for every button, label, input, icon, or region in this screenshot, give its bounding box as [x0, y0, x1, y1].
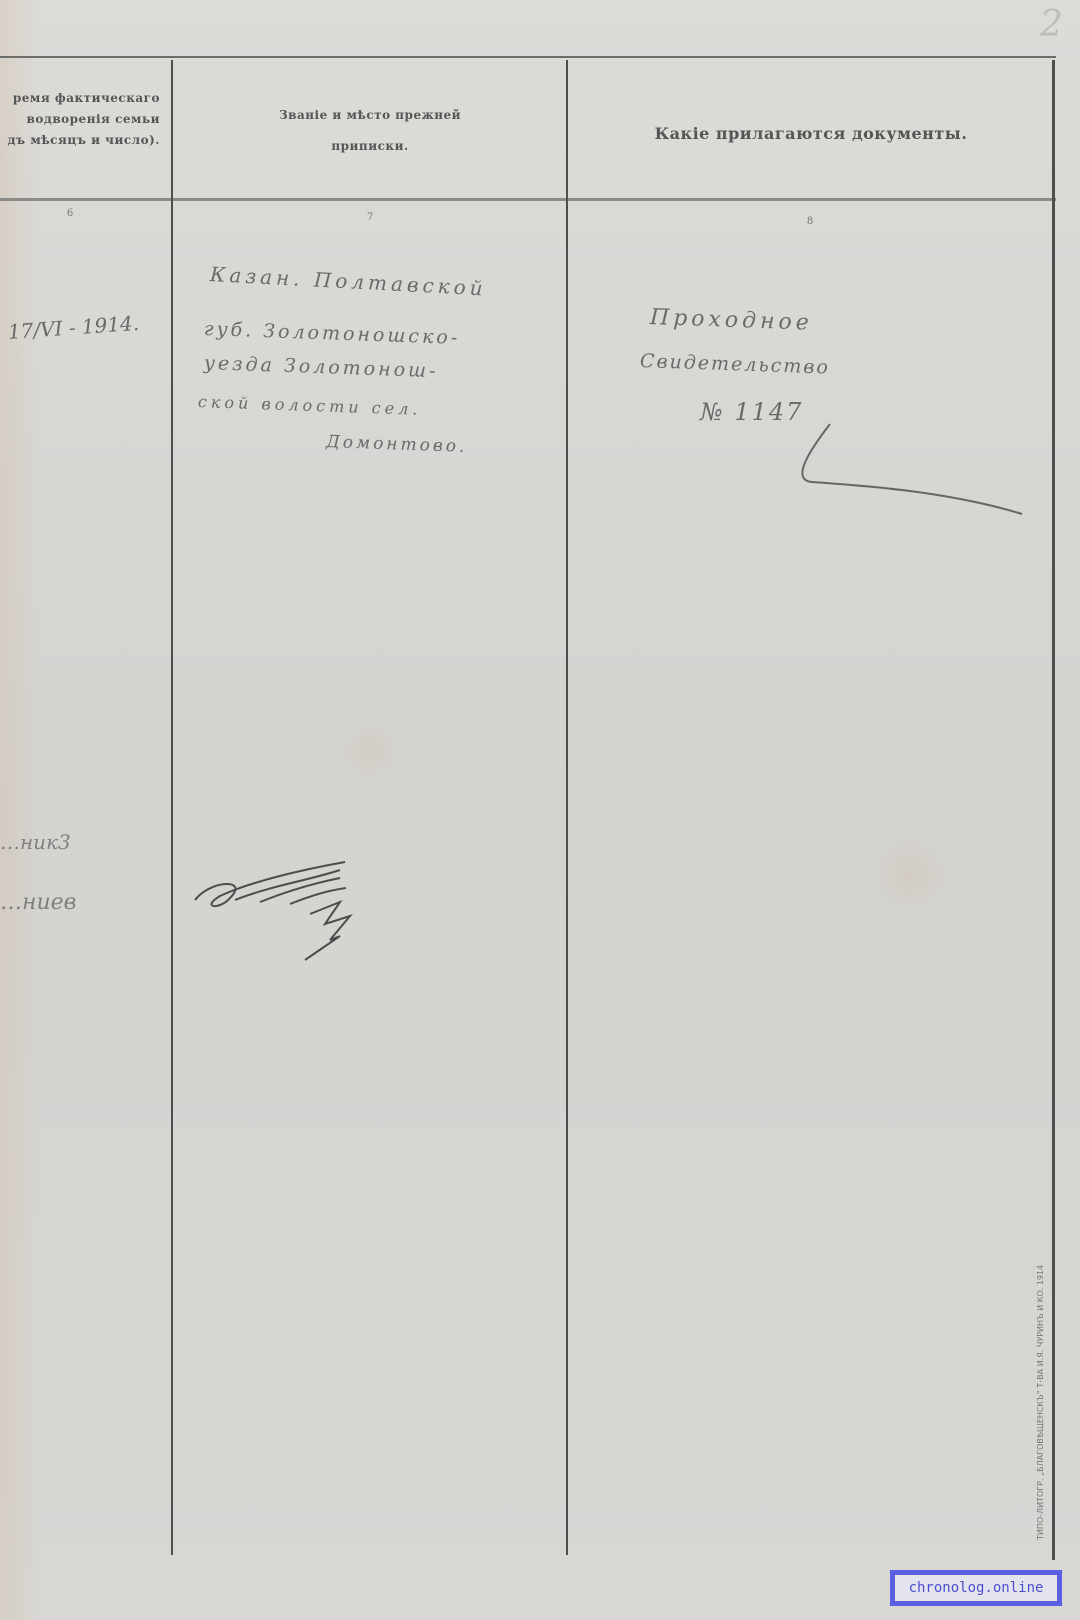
column-divider-7-8: [566, 60, 568, 1555]
column-7-header-line-2: приписки.: [174, 131, 566, 162]
column-7-header: Званіе и мѣсто прежней приписки.: [174, 100, 566, 162]
column-divider-6-7: [171, 60, 173, 1555]
column-6-header-line-1: ремя фактическаго: [0, 88, 160, 109]
prior-registration-line-3: уезда Золотонош-: [204, 352, 439, 382]
column-7-header-line-1: Званіе и мѣсто прежней: [174, 100, 566, 131]
paper-edge-shadow: [0, 0, 40, 1620]
document-line-3: № 1147: [700, 398, 803, 426]
document-flourish: [790, 420, 1030, 520]
paper-stain: [340, 720, 400, 780]
official-signature: [190, 860, 360, 970]
document-page: 2 ремя фактическаго водворенія семьи дъ …: [0, 0, 1080, 1620]
column-8-header-line-1: Какіе прилагаются документы.: [570, 120, 1052, 148]
watermark-badge: chronolog.online: [890, 1570, 1062, 1606]
document-line-2: Свидетельство: [640, 350, 831, 379]
column-8-number: 8: [780, 216, 840, 227]
printer-imprint: ТИПО-ЛИТОГР. „БЛАГОВѢЩЕНСКЪ“ Т-ВА И.Я. Ч…: [1036, 1180, 1050, 1540]
col6-signature-line-1: …ник3: [0, 830, 71, 854]
prior-registration-line-1: Казан. Полтавской: [209, 262, 487, 300]
column-8-header: Какіе прилагаются документы.: [570, 120, 1052, 148]
document-line-1: Проходное: [650, 305, 814, 336]
column-6-header: ремя фактическаго водворенія семьи дъ мѣ…: [0, 88, 160, 151]
page-number: 2: [1040, 4, 1063, 45]
table-top-border: [0, 56, 1056, 58]
col6-signature-line-2: …ниев: [0, 890, 76, 915]
column-6-header-line-3: дъ мѣсяцъ и число).: [0, 130, 160, 151]
table-right-border: [1052, 60, 1055, 1560]
paper-stain: [875, 830, 945, 920]
column-6-header-line-2: водворенія семьи: [0, 109, 160, 130]
column-6-number: 6: [40, 208, 100, 219]
prior-registration-line-5: Домонтово.: [326, 432, 468, 457]
prior-registration-line-2: губ. Золотоношско-: [204, 318, 461, 349]
prior-registration-line-4: ской волости сел.: [198, 392, 422, 419]
header-bottom-border: [0, 198, 1056, 201]
watermark-text: chronolog.online: [895, 1575, 1057, 1601]
column-7-number: 7: [340, 212, 400, 223]
